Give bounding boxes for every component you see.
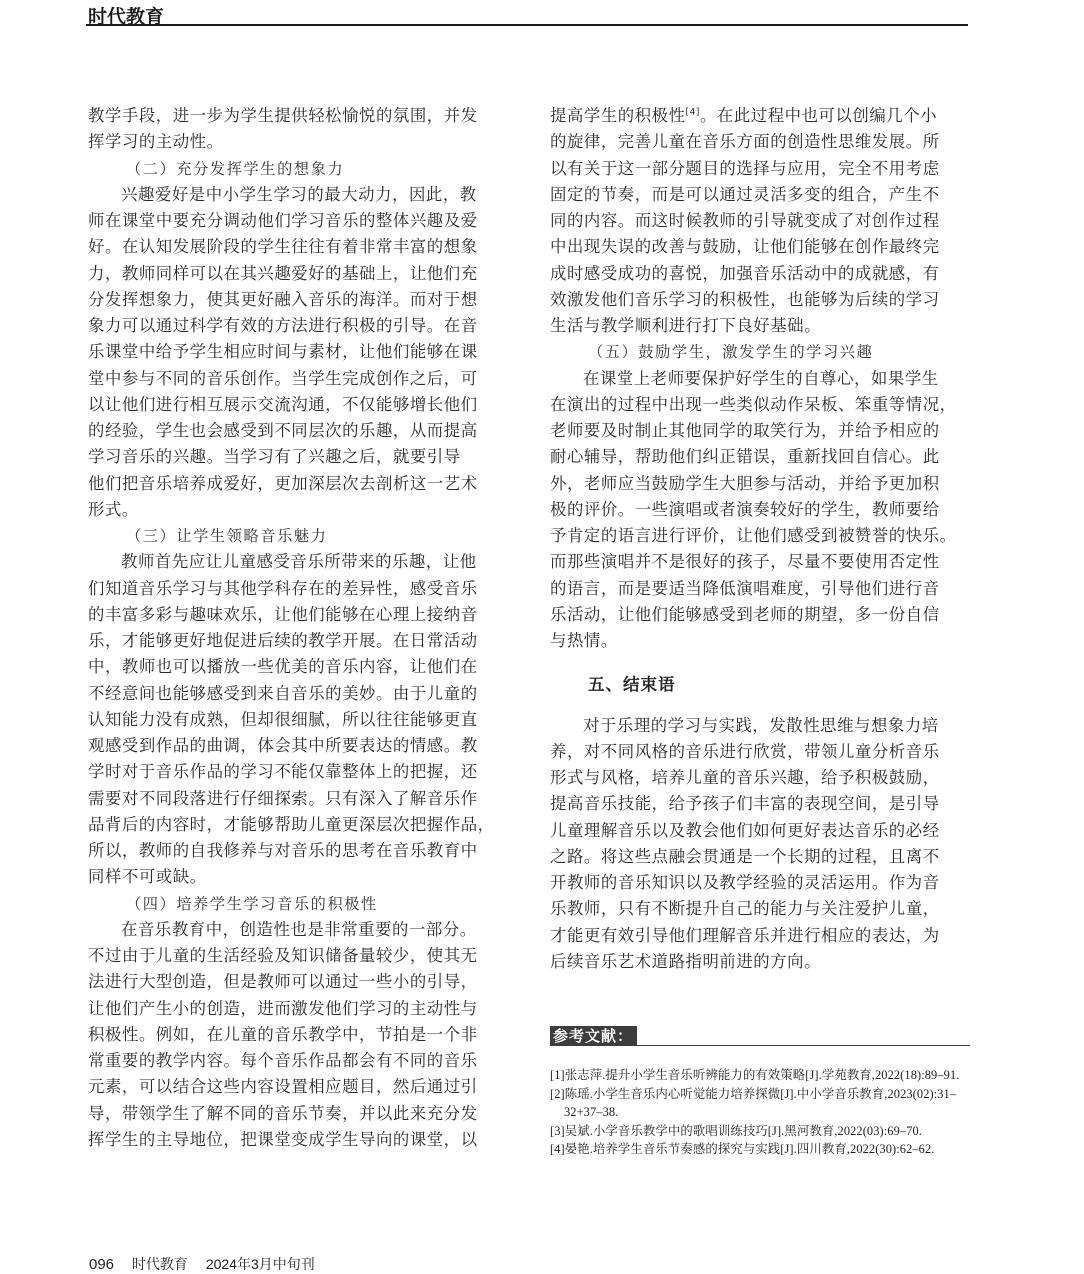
text-run: 提高学生的积极性 <box>550 106 686 125</box>
reference-item: [4]晏艳.培养学生音乐节奏感的探究与实践[J].四川教育,2022(30):6… <box>550 1140 970 1159</box>
body-line: 对于乐理的学习与实践，发散性思维与想象力培 <box>550 713 975 739</box>
body-line: 在课堂上老师要保护好学生的自尊心，如果学生 <box>550 366 975 392</box>
body-line-cited: 提高学生的积极性[4]。在此过程中也可以创编几个小 <box>550 103 975 129</box>
citation-marker: [4] <box>686 108 700 118</box>
body-line: 成时感受成功的喜悦，加强音乐活动中的成就感，有 <box>550 261 975 287</box>
body-line: 以让他们进行相互展示交流沟通，不仅能够增长他们 <box>88 392 513 418</box>
body-line: 积极性。例如，在儿童的音乐教学中，节拍是一个非 <box>88 1022 513 1048</box>
body-line: 乐课堂中给予学生相应时间与素材，让他们能够在课 <box>88 339 513 365</box>
body-line: 品背后的内容时，才能够帮助儿童更深层次把握作品， <box>88 812 513 838</box>
body-line: 形式与风格，培养儿童的音乐兴趣，给予积极鼓励， <box>550 765 975 791</box>
body-line: 在音乐教育中，创造性也是非常重要的一部分。 <box>88 917 513 943</box>
body-line: 乐教师，只有不断提升自己的能力与关注爱护儿童， <box>550 896 975 922</box>
body-line: 教学手段，进一步为学生提供轻松愉悦的氛围，并发 <box>88 103 513 129</box>
body-line: 外，老师应当鼓励学生大胆参与活动，并给予更加积 <box>550 471 975 497</box>
body-line: 学习音乐的兴趣。当学习有了兴趣之后，就要引导 <box>88 444 513 470</box>
body-line: 力，教师同样可以在其兴趣爱好的基础上，让他们充 <box>88 261 513 287</box>
references-rule <box>550 1045 970 1047</box>
body-line: 分发挥想象力，使其更好融入音乐的海洋。而对于想 <box>88 287 513 313</box>
body-line: 之路。将这些点融会贯通是一个长期的过程，且离不 <box>550 844 975 870</box>
body-line: 予肯定的语言进行评价，让他们感受到被赞誉的快乐。 <box>550 523 975 549</box>
page-number: 096 <box>89 1256 114 1273</box>
body-line: 养，对不同风格的音乐进行欣赏，带领儿童分析音乐 <box>550 739 975 765</box>
body-line: 所以，教师的自我修养与对音乐的思考在音乐教育中 <box>88 838 513 864</box>
body-line: 中，教师也可以播放一些优美的音乐内容，让他们在 <box>88 654 513 680</box>
body-line: 以有关于这一部分题目的选择与应用，完全不用考虑 <box>550 156 975 182</box>
body-line: 同的内容。而这时候教师的引导就变成了对创作过程 <box>550 208 975 234</box>
body-line: 的语言，而是要适当降低演唱难度，引导他们进行音 <box>550 576 975 602</box>
subsection-heading: （四）培养学生学习音乐的积极性 <box>88 891 513 917</box>
body-line: 不过由于儿童的生活经验及知识储备量较少，使其无 <box>88 943 513 969</box>
body-line: 中出现失误的改善与鼓励，让他们能够在创作最终完 <box>550 234 975 260</box>
body-line: 而那些演唱并不是很好的孩子，尽量不要使用否定性 <box>550 549 975 575</box>
references-heading: 参考文献： <box>550 1026 637 1045</box>
body-line: 在演出的过程中出现一些类似动作呆板、笨重等情况， <box>550 392 975 418</box>
body-line: 认知能力没有成熟，但却很细腻，所以往往能够更直 <box>88 707 513 733</box>
section-heading: 五、结束语 <box>550 672 975 698</box>
body-line: 乐活动，让他们能够感受到老师的期望，多一份自信 <box>550 602 975 628</box>
spacer <box>550 699 975 713</box>
body-line: 元素，可以结合这些内容设置相应题目，然后通过引 <box>88 1074 513 1100</box>
body-line: 挥学生的主导地位，把课堂变成学生导向的课堂，以 <box>88 1127 513 1153</box>
reference-item: [2]陈瑶.小学生音乐内心听觉能力培养探微[J].中小学音乐教育,2023(02… <box>550 1085 970 1122</box>
body-line: 观感受到作品的曲调，体会其中所要表达的情感。教 <box>88 733 513 759</box>
subsection-heading: （二）充分发挥学生的想象力 <box>88 156 513 182</box>
body-line: 才能更有效引导他们理解音乐并进行相应的表达，为 <box>550 923 975 949</box>
body-line: 的旋律，完善儿童在音乐方面的创造性思维发展。所 <box>550 129 975 155</box>
body-line: 他们把音乐培养成爱好，更加深层次去剖析这一艺术 <box>88 471 513 497</box>
body-line: 师在课堂中要充分调动他们学习音乐的整体兴趣及爱 <box>88 208 513 234</box>
body-line: 导，带领学生了解不同的音乐节奏，并以此来充分发 <box>88 1101 513 1127</box>
body-line: 提高音乐技能，给予孩子们丰富的表现空间，是引导 <box>550 791 975 817</box>
body-line: 儿童理解音乐以及教会他们如何更好表达音乐的必经 <box>550 818 975 844</box>
body-line: 的丰富多彩与趣味欢乐，让他们能够在心理上接纳音 <box>88 602 513 628</box>
reference-item: [3]吴斌.小学音乐教学中的歌唱训练技巧[J].黑河教育,2022(03):69… <box>550 1122 970 1141</box>
footer-journal: 时代教育 <box>132 1256 188 1272</box>
body-line: 生活与教学顺利进行打下良好基础。 <box>550 313 975 339</box>
reference-item: [1]张志萍.提升小学生音乐听辨能力的有效策略[J].学苑教育,2022(18)… <box>550 1066 970 1085</box>
body-line: 堂中参与不同的音乐创作。当学生完成创作之后，可 <box>88 366 513 392</box>
body-line: 的经验，学生也会感受到不同层次的乐趣，从而提高 <box>88 418 513 444</box>
body-line: 极的评价。一些演唱或者演奏较好的学生，教师要给 <box>550 497 975 523</box>
body-line: 乐，才能够更好地促进后续的教学开展。在日常活动 <box>88 628 513 654</box>
left-column: 教学手段，进一步为学生提供轻松愉悦的氛围，并发挥学习的主动性。（二）充分发挥学生… <box>88 103 513 1153</box>
body-line: 固定的节奏，而是可以通过灵活多变的组合，产生不 <box>550 182 975 208</box>
subsection-heading: （五）鼓励学生，激发学生的学习兴趣 <box>550 339 975 365</box>
header-rule <box>86 24 968 26</box>
body-line: 形式。 <box>88 497 513 523</box>
references-list: [1]张志萍.提升小学生音乐听辨能力的有效策略[J].学苑教育,2022(18)… <box>550 1066 970 1159</box>
body-line: 们知道音乐学习与其他学科存在的差异性，感受音乐 <box>88 576 513 602</box>
page-footer: 096 时代教育 2024年3月中旬刊 <box>89 1254 329 1274</box>
body-line: 兴趣爱好是中小学生学习的最大动力，因此，教 <box>88 182 513 208</box>
references-header: 参考文献： <box>550 1026 970 1046</box>
body-line: 法进行大型创造，但是教师可以通过一些小的引导， <box>88 969 513 995</box>
body-line: 同样不可或缺。 <box>88 864 513 890</box>
spacer <box>550 654 975 672</box>
body-line: 象力可以通过科学有效的方法进行积极的引导。在音 <box>88 313 513 339</box>
body-line: 学时对于音乐作品的学习不能仅靠整体上的把握，还 <box>88 759 513 785</box>
body-line: 不经意间也能够感受到来自音乐的美妙。由于儿童的 <box>88 681 513 707</box>
body-line: 让他们产生小的创造，进而激发他们学习的主动性与 <box>88 996 513 1022</box>
body-line: 常重要的教学内容。每个音乐作品都会有不同的音乐 <box>88 1048 513 1074</box>
text-run: 。在此过程中也可以创编几个小 <box>700 106 937 125</box>
body-line: 耐心辅导，帮助他们纠正错误，重新找回自信心。此 <box>550 444 975 470</box>
body-line: 好。在认知发展阶段的学生往往有着非常丰富的想象 <box>88 234 513 260</box>
body-line: 后续音乐艺术道路指明前进的方向。 <box>550 949 975 975</box>
subsection-heading: （三）让学生领略音乐魅力 <box>88 523 513 549</box>
body-line: 效激发他们音乐学习的积极性，也能够为后续的学习 <box>550 287 975 313</box>
body-line: 与热情。 <box>550 628 975 654</box>
body-line: 需要对不同段落进行仔细探索。只有深入了解音乐作 <box>88 786 513 812</box>
footer-issue: 2024年3月中旬刊 <box>206 1256 315 1272</box>
body-line: 教师首先应让儿童感受音乐所带来的乐趣，让他 <box>88 549 513 575</box>
body-line: 开教师的音乐知识以及教学经验的灵活运用。作为音 <box>550 870 975 896</box>
body-line: 挥学习的主动性。 <box>88 129 513 155</box>
right-column: 提高学生的积极性[4]。在此过程中也可以创编几个小 的旋律，完善儿童在音乐方面的… <box>550 103 975 975</box>
body-line: 老师要及时制止其他同学的取笑行为，并给予相应的 <box>550 418 975 444</box>
